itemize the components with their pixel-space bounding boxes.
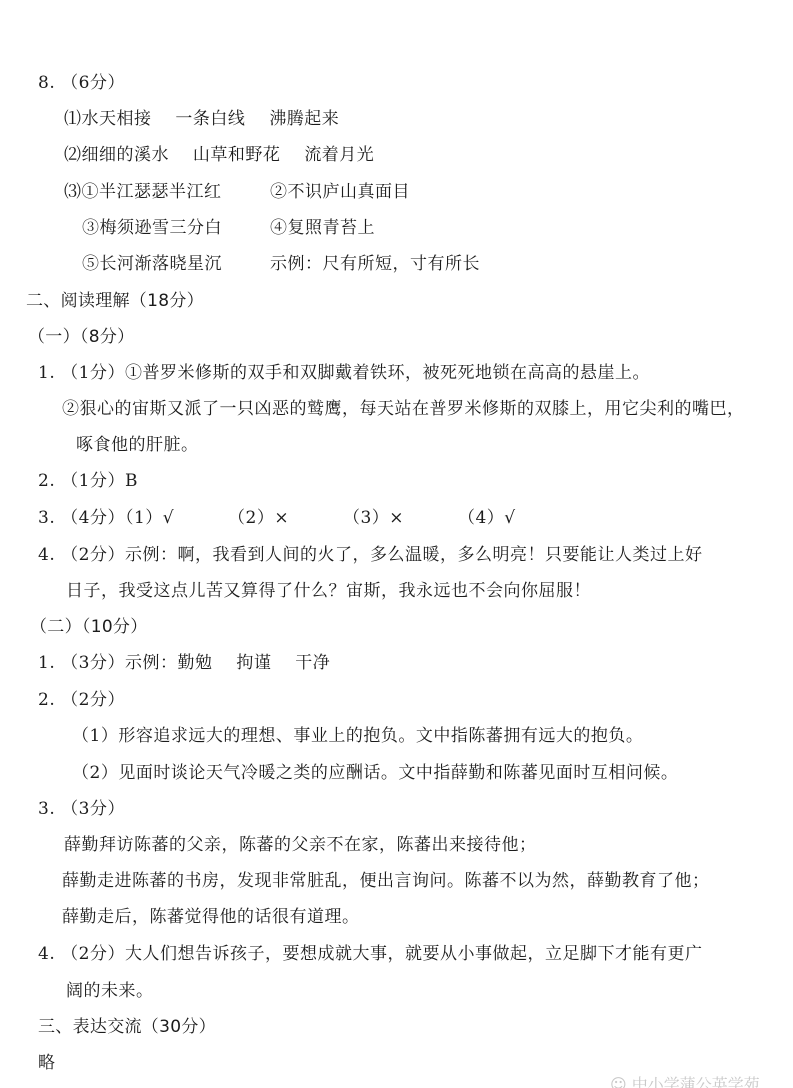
poem-line: ③梅须逊雪三分白	[82, 217, 270, 239]
q1-word: 勤勉	[177, 653, 212, 673]
q8-sub3-row2: ③梅须逊雪三分白④复照青苔上	[82, 217, 375, 239]
q3-item: （2）×	[228, 508, 289, 528]
q1-prefix: 1. （3分）示例：	[38, 653, 177, 673]
part2-q2-header: 2. （2分）	[38, 689, 125, 711]
part2-q3-line1: 薛勤拜访陈蕃的父亲，陈蕃的父亲不在家，陈蕃出来接待他；	[64, 834, 537, 856]
part1-q1-line2: ②狠心的宙斯又派了一只凶恶的鹫鹰，每天站在普罗米修斯的双膝上，用它尖利的嘴巴，	[62, 398, 745, 420]
section-title-expression: 三、表达交流（30分）	[38, 1016, 216, 1038]
q8-sub2-item: ⑵细细的溪水	[64, 145, 169, 165]
q8-header: 8. （6分）	[38, 72, 125, 94]
q1-word: 干净	[295, 653, 330, 673]
q8-sub3-row1: ⑶①半江瑟瑟半江红②不识庐山真面目	[64, 181, 410, 203]
part1-q1-line1: 1. （1分）①普罗米修斯的双手和双脚戴着铁环，被死死地锁在高高的悬崖上。	[38, 362, 650, 384]
poem-line: ⑶①半江瑟瑟半江红	[64, 181, 270, 203]
part2-q4-line2: 阔的未来。	[66, 980, 154, 1002]
q3-item: （3）×	[343, 508, 404, 528]
part2-q3-line3: 薛勤走后，陈蕃觉得他的话很有道理。	[62, 906, 360, 928]
q8-sub1-item: 沸腾起来	[269, 109, 339, 129]
part-title-2: （二）（10分）	[30, 616, 148, 638]
q8-sub1-item: ⑴水天相接	[64, 109, 152, 129]
part1-q1-line3: 啄食他的肝脏。	[76, 434, 199, 456]
q3-item: （4）√	[458, 508, 516, 528]
watermark: ☺ 中小学蒲公英学苑	[610, 1072, 760, 1088]
part1-q3: 3. （4分）（1）√ （2）× （3）× （4）√	[38, 507, 516, 529]
q8-sub3-row3: ⑤长河渐落晓星沉示例：尺有所短，寸有所长	[82, 253, 480, 275]
q1-word: 拘谨	[236, 653, 271, 673]
part2-q3-line2: 薛勤走进陈蕃的书房，发现非常脏乱，便出言询问。陈蕃不以为然，薛勤教育了他；	[62, 870, 710, 892]
q8-sub1-item: 一条白线	[175, 109, 245, 129]
part1-q4-line2: 日子，我受这点儿苦又算得了什么？宙斯，我永远也不会向你屈服！	[66, 580, 591, 602]
wechat-icon: ☺	[610, 1075, 632, 1088]
part2-q1: 1. （3分）示例：勤勉 拘谨 干净	[38, 652, 330, 674]
section3-answer: 略	[38, 1052, 56, 1074]
part2-q4-line1: 4. （2分）大人们想告诉孩子，要想成就大事，就要从小事做起，立足脚下才能有更广	[38, 943, 702, 965]
poem-line: ④复照青苔上	[270, 218, 375, 238]
part2-q2-sub1: （1）形容追求远大的理想、事业上的抱负。文中指陈蕃拥有远大的抱负。	[72, 725, 643, 747]
q8-sub2-item: 山草和野花	[193, 145, 281, 165]
part2-q3-header: 3. （3分）	[38, 798, 125, 820]
q3-item: （1）√	[125, 508, 174, 528]
q3-prefix: 3. （4分）	[38, 508, 125, 528]
poem-line: ⑤长河渐落晓星沉	[82, 253, 270, 275]
part-title-1: （一）（8分）	[28, 326, 134, 348]
section-title-reading: 二、阅读理解（18分）	[26, 290, 204, 312]
q8-sub2-item: 流着月光	[304, 145, 374, 165]
example-answer: 示例：尺有所短，寸有所长	[270, 254, 480, 274]
part2-q2-sub2: （2）见面时谈论天气冷暖之类的应酬话。文中指薛勤和陈蕃见面时互相问候。	[72, 762, 678, 784]
q8-sub2: ⑵细细的溪水 山草和野花 流着月光	[64, 144, 374, 166]
part1-q2: 2. （1分）B	[38, 470, 138, 492]
poem-line: ②不识庐山真面目	[270, 182, 410, 202]
part1-q4-line1: 4. （2分）示例：啊，我看到人间的火了，多么温暖，多么明亮！只要能让人类过上好	[38, 544, 702, 566]
watermark-text: 中小学蒲公英学苑	[632, 1075, 760, 1088]
q8-sub1: ⑴水天相接 一条白线 沸腾起来	[64, 108, 339, 130]
